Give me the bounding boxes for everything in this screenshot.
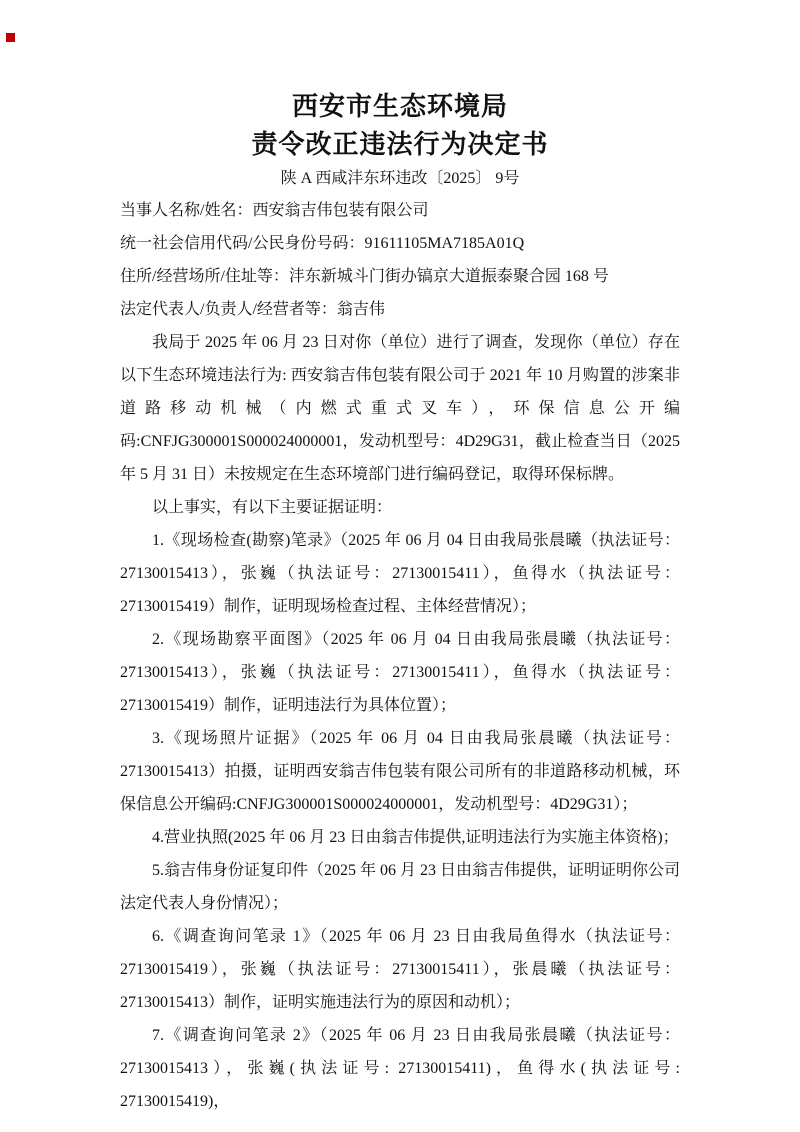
evidence-item-3: 3.《现场照片证据》（2025 年 06 月 04 日由我局张晨曦（执法证号：2… [120, 722, 680, 821]
evidence-item-4: 4.营业执照(2025 年 06 月 23 日由翁吉伟提供,证明违法行为实施主体… [120, 821, 680, 854]
document-page: 西安市生态环境局 责令改正违法行为决定书 陕 A 西咸沣东环违改〔2025〕 9… [0, 0, 800, 1132]
field-party-name: 当事人名称/姓名：西安翁吉伟包装有限公司 [120, 194, 680, 227]
evidence-item-7: 7.《调查询问笔录 2》（2025 年 06 月 23 日由我局张晨曦（执法证号… [120, 1019, 680, 1118]
field-party-name-value: 西安翁吉伟包装有限公司 [252, 202, 428, 219]
field-legal-representative-label: 法定代表人/负责人/经营者等： [120, 301, 337, 318]
evidence-item-5: 5.翁吉伟身份证复印件（2025 年 06 月 23 日由翁吉伟提供，证明证明你… [120, 854, 680, 920]
field-party-name-label: 当事人名称/姓名： [120, 202, 252, 219]
evidence-item-6: 6.《调查询问笔录 1》（2025 年 06 月 23 日由我局鱼得水（执法证号… [120, 920, 680, 1019]
document-number: 陕 A 西咸沣东环违改〔2025〕 9号 [120, 164, 680, 194]
party-info-section: 当事人名称/姓名：西安翁吉伟包装有限公司 统一社会信用代码/公民身份号码：916… [120, 194, 680, 326]
investigation-paragraph: 我局于 2025 年 06 月 23 日对你（单位）进行了调查，发现你（单位）存… [120, 326, 680, 491]
red-marker-icon [6, 33, 15, 42]
evidence-item-1: 1.《现场检查(勘察)笔录》（2025 年 06 月 04 日由我局张晨曦（执法… [120, 524, 680, 623]
evidence-item-2: 2.《现场勘察平面图》（2025 年 06 月 04 日由我局张晨曦（执法证号：… [120, 623, 680, 722]
field-address: 住所/经营场所/住址等：沣东新城斗门街办镐京大道振泰聚合园 168 号 [120, 260, 680, 293]
evidence-intro: 以上事实，有以下主要证据证明： [120, 491, 680, 524]
field-credit-code: 统一社会信用代码/公民身份号码：91611105MA7185A01Q [120, 227, 680, 260]
field-legal-representative: 法定代表人/负责人/经营者等：翁吉伟 [120, 293, 680, 326]
field-legal-representative-value: 翁吉伟 [337, 301, 385, 318]
field-credit-code-label: 统一社会信用代码/公民身份号码： [120, 235, 364, 252]
field-address-value: 沣东新城斗门街办镐京大道振泰聚合园 168 号 [289, 268, 609, 285]
field-credit-code-value: 91611105MA7185A01Q [364, 235, 524, 252]
document-title-line1: 西安市生态环境局 [120, 88, 680, 126]
field-address-label: 住所/经营场所/住址等： [120, 268, 289, 285]
document-title-line2: 责令改正违法行为决定书 [120, 126, 680, 164]
